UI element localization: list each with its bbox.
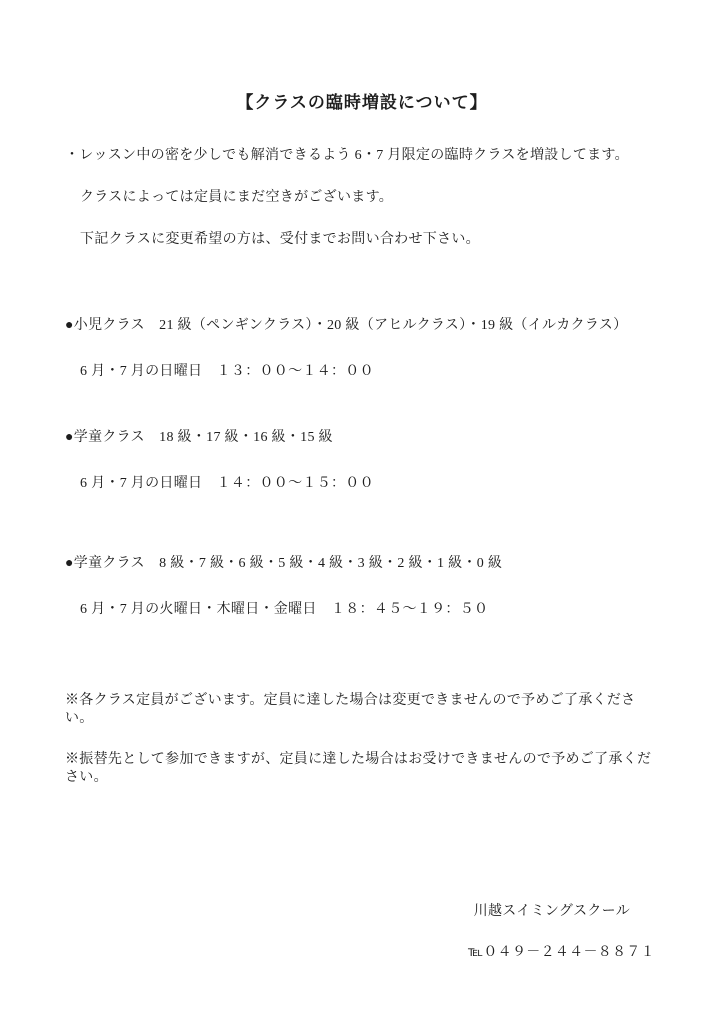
document-page: 【クラスの臨時増設について】 ・レッスン中の密を少しでも解消できるよう 6・7 … [0, 0, 724, 1024]
section-heading-infant-class: ●小児クラス 21 級（ペンギンクラス）・20 級（アヒルクラス）・19 級（イ… [65, 317, 659, 335]
black-circle-bullet-icon: ● [65, 318, 74, 333]
section-schedule-infant-class: 6 月・7 月の日曜日 １３：００～１４：００ [65, 363, 659, 381]
phone-number: ℡０４９－２４４－８８７１ [65, 944, 659, 962]
note-line-2: ※振替先として参加できますが、定員に達した場合はお受けできませんので予めご了承く… [65, 751, 659, 787]
note-line-1: ※各クラス定員がございます。定員に達した場合は変更できませんので予めご了承くださ… [65, 692, 659, 728]
section-heading-text: 学童クラス 18 級・17 級・16 級・15 級 [74, 430, 333, 445]
section-schedule-school-class-upper: 6 月・7 月の日曜日 １４：００～１５：００ [65, 475, 659, 493]
section-schedule-school-class-lower: 6 月・7 月の火曜日・木曜日・金曜日 １８：４５～１９：５０ [65, 601, 659, 619]
footer: 川越スイミングスクール ℡０４９－２４４－８８７１ [65, 903, 659, 962]
intro-line-3: 下記クラスに変更希望の方は、受付までお問い合わせ下さい。 [65, 231, 659, 249]
intro-line-1: ・レッスン中の密を少しでも解消できるよう 6・7 月限定の臨時クラスを増設してま… [65, 147, 659, 165]
school-name: 川越スイミングスクール [65, 903, 659, 921]
intro-line-2: クラスによっては定員にまだ空きがございます。 [65, 189, 659, 207]
section-heading-school-class-lower: ●学童クラス 8 級・7 級・6 級・5 級・4 級・3 級・2 級・1 級・0… [65, 555, 659, 573]
section-heading-text: 学童クラス 8 級・7 級・6 級・5 級・4 級・3 級・2 級・1 級・0 … [74, 556, 502, 571]
section-heading-school-class-upper: ●学童クラス 18 級・17 級・16 級・15 級 [65, 429, 659, 447]
section-heading-text: 小児クラス 21 級（ペンギンクラス）・20 級（アヒルクラス）・19 級（イル… [74, 318, 628, 333]
black-circle-bullet-icon: ● [65, 430, 74, 445]
page-title: 【クラスの臨時増設について】 [65, 90, 659, 116]
black-circle-bullet-icon: ● [65, 556, 74, 571]
